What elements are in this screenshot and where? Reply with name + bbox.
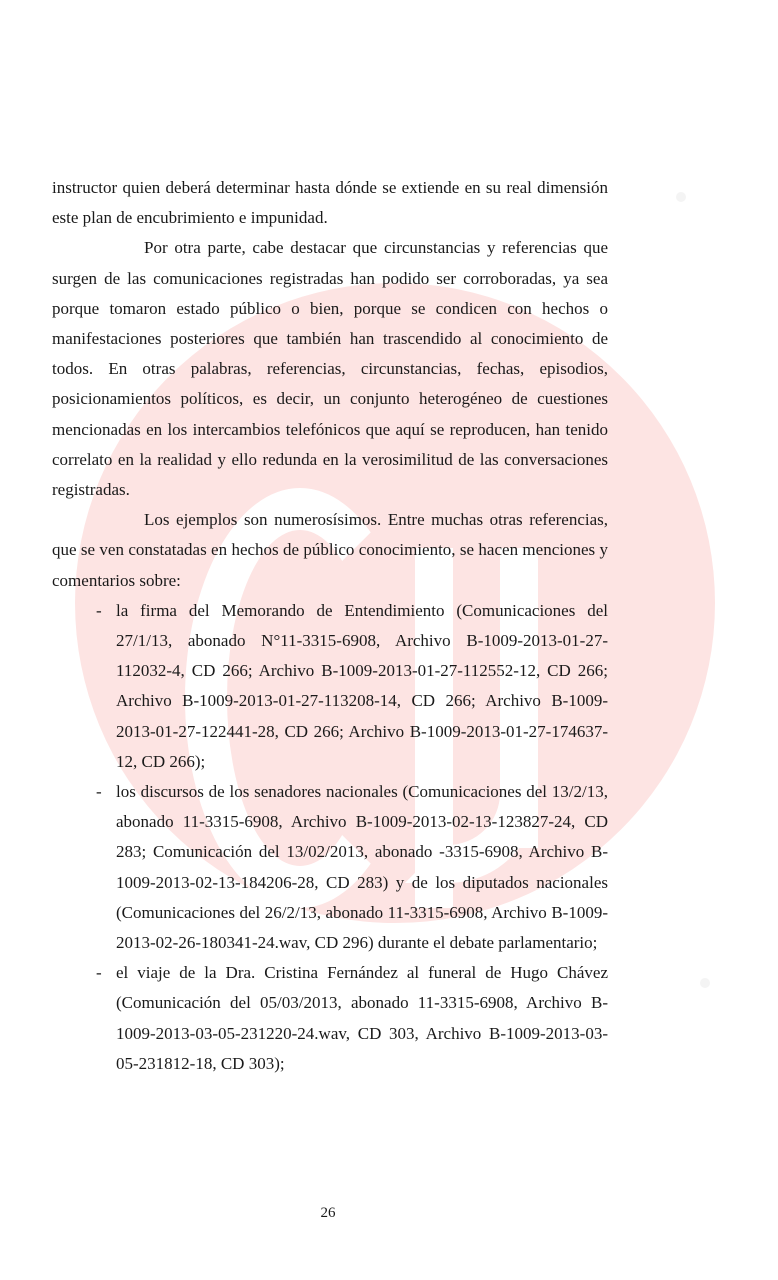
- page-number: 26: [0, 1205, 656, 1222]
- list-item-text: la firma del Memorando de Entendimiento …: [116, 601, 608, 771]
- list-item: - el viaje de la Dra. Cristina Fernández…: [52, 958, 608, 1079]
- list-item-text: el viaje de la Dra. Cristina Fernández a…: [116, 963, 608, 1073]
- document-body: instructor quien deberá determinar hasta…: [52, 173, 608, 1079]
- dash-bullet: -: [96, 958, 102, 988]
- punch-hole-mark: [676, 192, 686, 202]
- punch-hole-mark: [700, 978, 710, 988]
- list-item: - la firma del Memorando de Entendimient…: [52, 596, 608, 777]
- dash-bullet: -: [96, 596, 102, 626]
- references-list: - la firma del Memorando de Entendimient…: [52, 596, 608, 1079]
- list-item-text: los discursos de los senadores nacionale…: [116, 782, 608, 952]
- paragraph-continuation: instructor quien deberá determinar hasta…: [52, 173, 608, 233]
- paragraph-examples: Los ejemplos son numerosísimos. Entre mu…: [52, 505, 608, 596]
- document-page: instructor quien deberá determinar hasta…: [0, 0, 778, 1280]
- list-item: - los discursos de los senadores naciona…: [52, 777, 608, 958]
- dash-bullet: -: [96, 777, 102, 807]
- paragraph-corroboration: Por otra parte, cabe destacar que circun…: [52, 233, 608, 505]
